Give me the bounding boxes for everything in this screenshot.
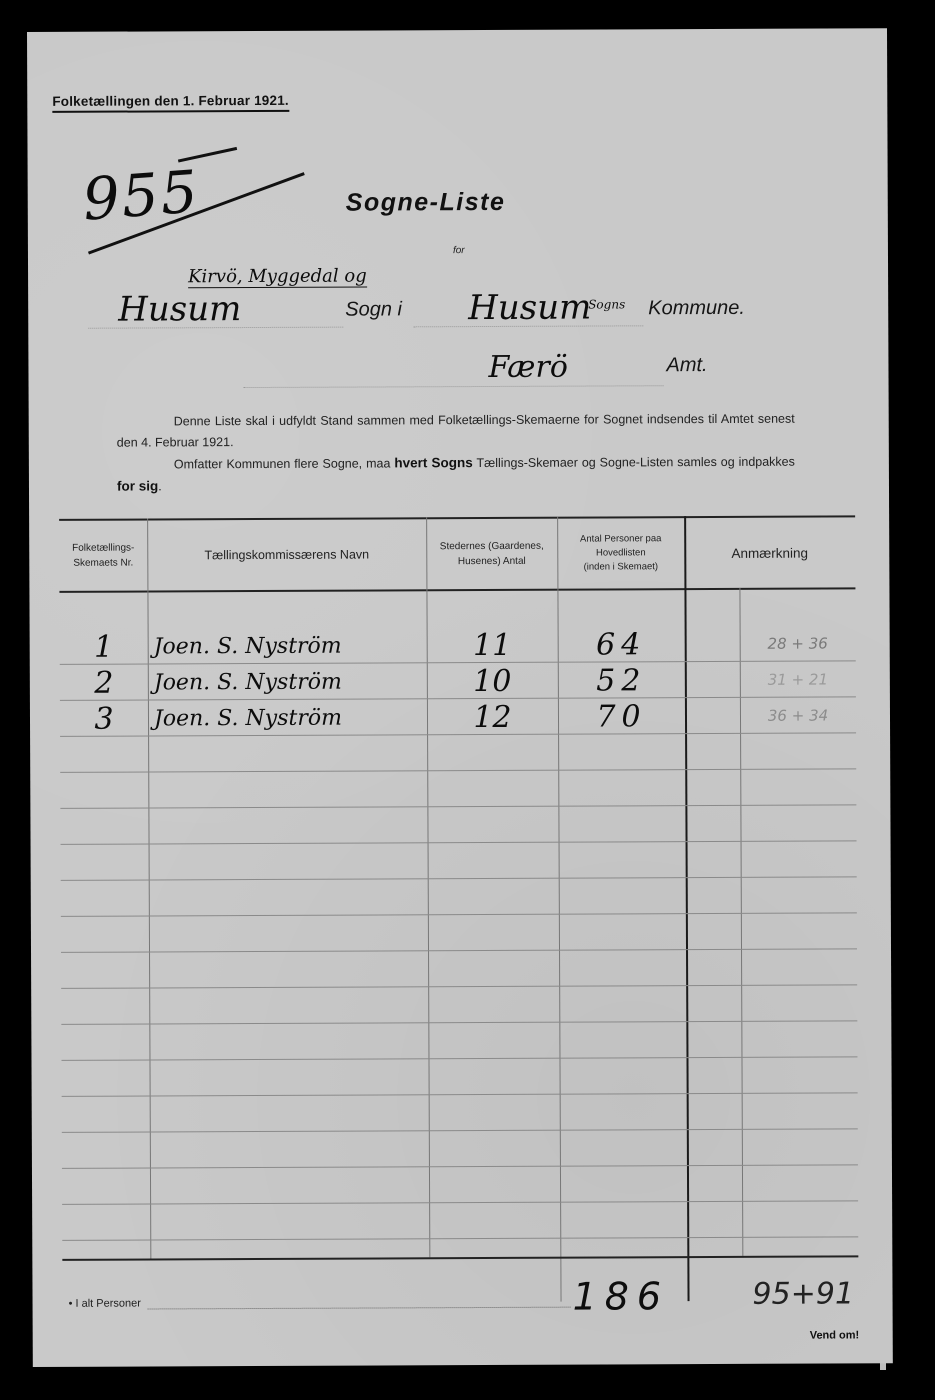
row-3-name: Joen. S. Nyström (148, 699, 433, 736)
row-line (62, 1092, 858, 1096)
census-form-page: Folketællingen den 1. Februar 1921. 955 … (27, 28, 893, 1367)
col-header-persons: Antal Personer paa Hovedlisten (inden i … (557, 518, 684, 589)
row-1-name: Joen. S. Nyström (148, 627, 433, 664)
amt-label: Amt. (666, 354, 707, 377)
row-2-name: Joen. S. Nyström (148, 663, 433, 700)
instr-text: Omfatter Kommunen flere Sogne, maa (174, 456, 394, 471)
municipality-suffix: Sogns (588, 297, 625, 311)
row-line (61, 840, 857, 844)
for-label: for (453, 245, 465, 256)
row-1-places: 11 (427, 627, 558, 664)
header-text: Antal Personer paa (580, 532, 661, 546)
total-rule (62, 1255, 858, 1260)
row-1-nr: 1 (60, 628, 148, 664)
row-3-remark: 36 + 34 (740, 697, 856, 734)
parish-name: Husum (118, 289, 241, 330)
col-header-places: Stedernes (Gaardenes, Husenes) Antal (426, 519, 557, 590)
instructions: Denne Liste skal i udfyldt Stand sammen … (117, 409, 795, 498)
municipality-name: Husum (468, 288, 591, 329)
total-persons: 186 (572, 1274, 669, 1318)
instructions-para-2: Omfatter Kommunen flere Sogne, maa hvert… (117, 451, 795, 498)
row-line (60, 768, 856, 772)
kommune-label: Kommune. (648, 297, 745, 320)
row-line (61, 1056, 857, 1060)
row-line (61, 912, 857, 916)
header-text: Stedernes (Gaardenes, (440, 539, 544, 554)
row-line (62, 1236, 858, 1240)
row-line (61, 1020, 857, 1024)
row-line (62, 1200, 858, 1204)
extra-parishes: Kirvö, Myggedal og (188, 266, 367, 289)
total-remark: 95+91 (752, 1276, 854, 1311)
header-text: Husenes) Antal (458, 554, 526, 569)
header-text: Hovedlisten (596, 546, 646, 560)
header-text: (inden i Skemaet) (584, 560, 659, 574)
row-2-persons: 52 (558, 662, 685, 699)
archive-number: 955 (80, 157, 201, 233)
row-3-nr: 3 (60, 700, 148, 736)
col-header-commissioner: Tællingskommissærens Navn (147, 519, 426, 590)
row-1-persons: 64 (558, 626, 685, 663)
row-line (60, 804, 856, 808)
instructions-para-1: Denne Liste skal i udfyldt Stand sammen … (117, 409, 795, 454)
census-header: Folketællingen den 1. Februar 1921. (52, 93, 289, 113)
instr-bold-each-parish: hvert Sogns (394, 455, 473, 470)
col-header-form-nr: Folketællings- Skemaets Nr. (59, 520, 147, 590)
amt-fill-line (244, 385, 664, 388)
row-line (61, 948, 857, 952)
sogn-label: Sogn i (345, 298, 402, 321)
row-line (61, 984, 857, 988)
instr-bold-separately: for sig (117, 478, 158, 493)
turn-over-note: Vend om! (810, 1329, 860, 1341)
total-label: • I alt Personer (69, 1298, 141, 1310)
header-text: Folketællings- (72, 541, 134, 556)
row-2-nr: 2 (60, 664, 148, 700)
row-line (62, 1128, 858, 1132)
form-title: Sogne-Liste (346, 188, 506, 218)
row-line (62, 1164, 858, 1168)
header-text: Skemaets Nr. (73, 556, 133, 571)
row-2-places: 10 (427, 663, 558, 700)
census-table: Folketællings- Skemaets Nr. Tællingskomm… (59, 515, 858, 1318)
row-3-persons: 70 (558, 698, 685, 735)
row-3-places: 12 (427, 699, 558, 736)
total-label-text: I alt Personer (75, 1298, 140, 1310)
amt-name: Færö (488, 350, 568, 385)
instr-text: Tællings-Skemaer og Sogne-Listen samles … (473, 455, 795, 470)
instr-text: . (158, 479, 162, 493)
col-header-remarks: Anmærkning (684, 517, 855, 588)
row-2-remark: 31 + 21 (740, 661, 856, 698)
row-1-remark: 28 + 36 (740, 625, 856, 662)
row-line (61, 876, 857, 880)
archive-number-dash (178, 147, 237, 163)
col-divider-strong (684, 516, 689, 1301)
